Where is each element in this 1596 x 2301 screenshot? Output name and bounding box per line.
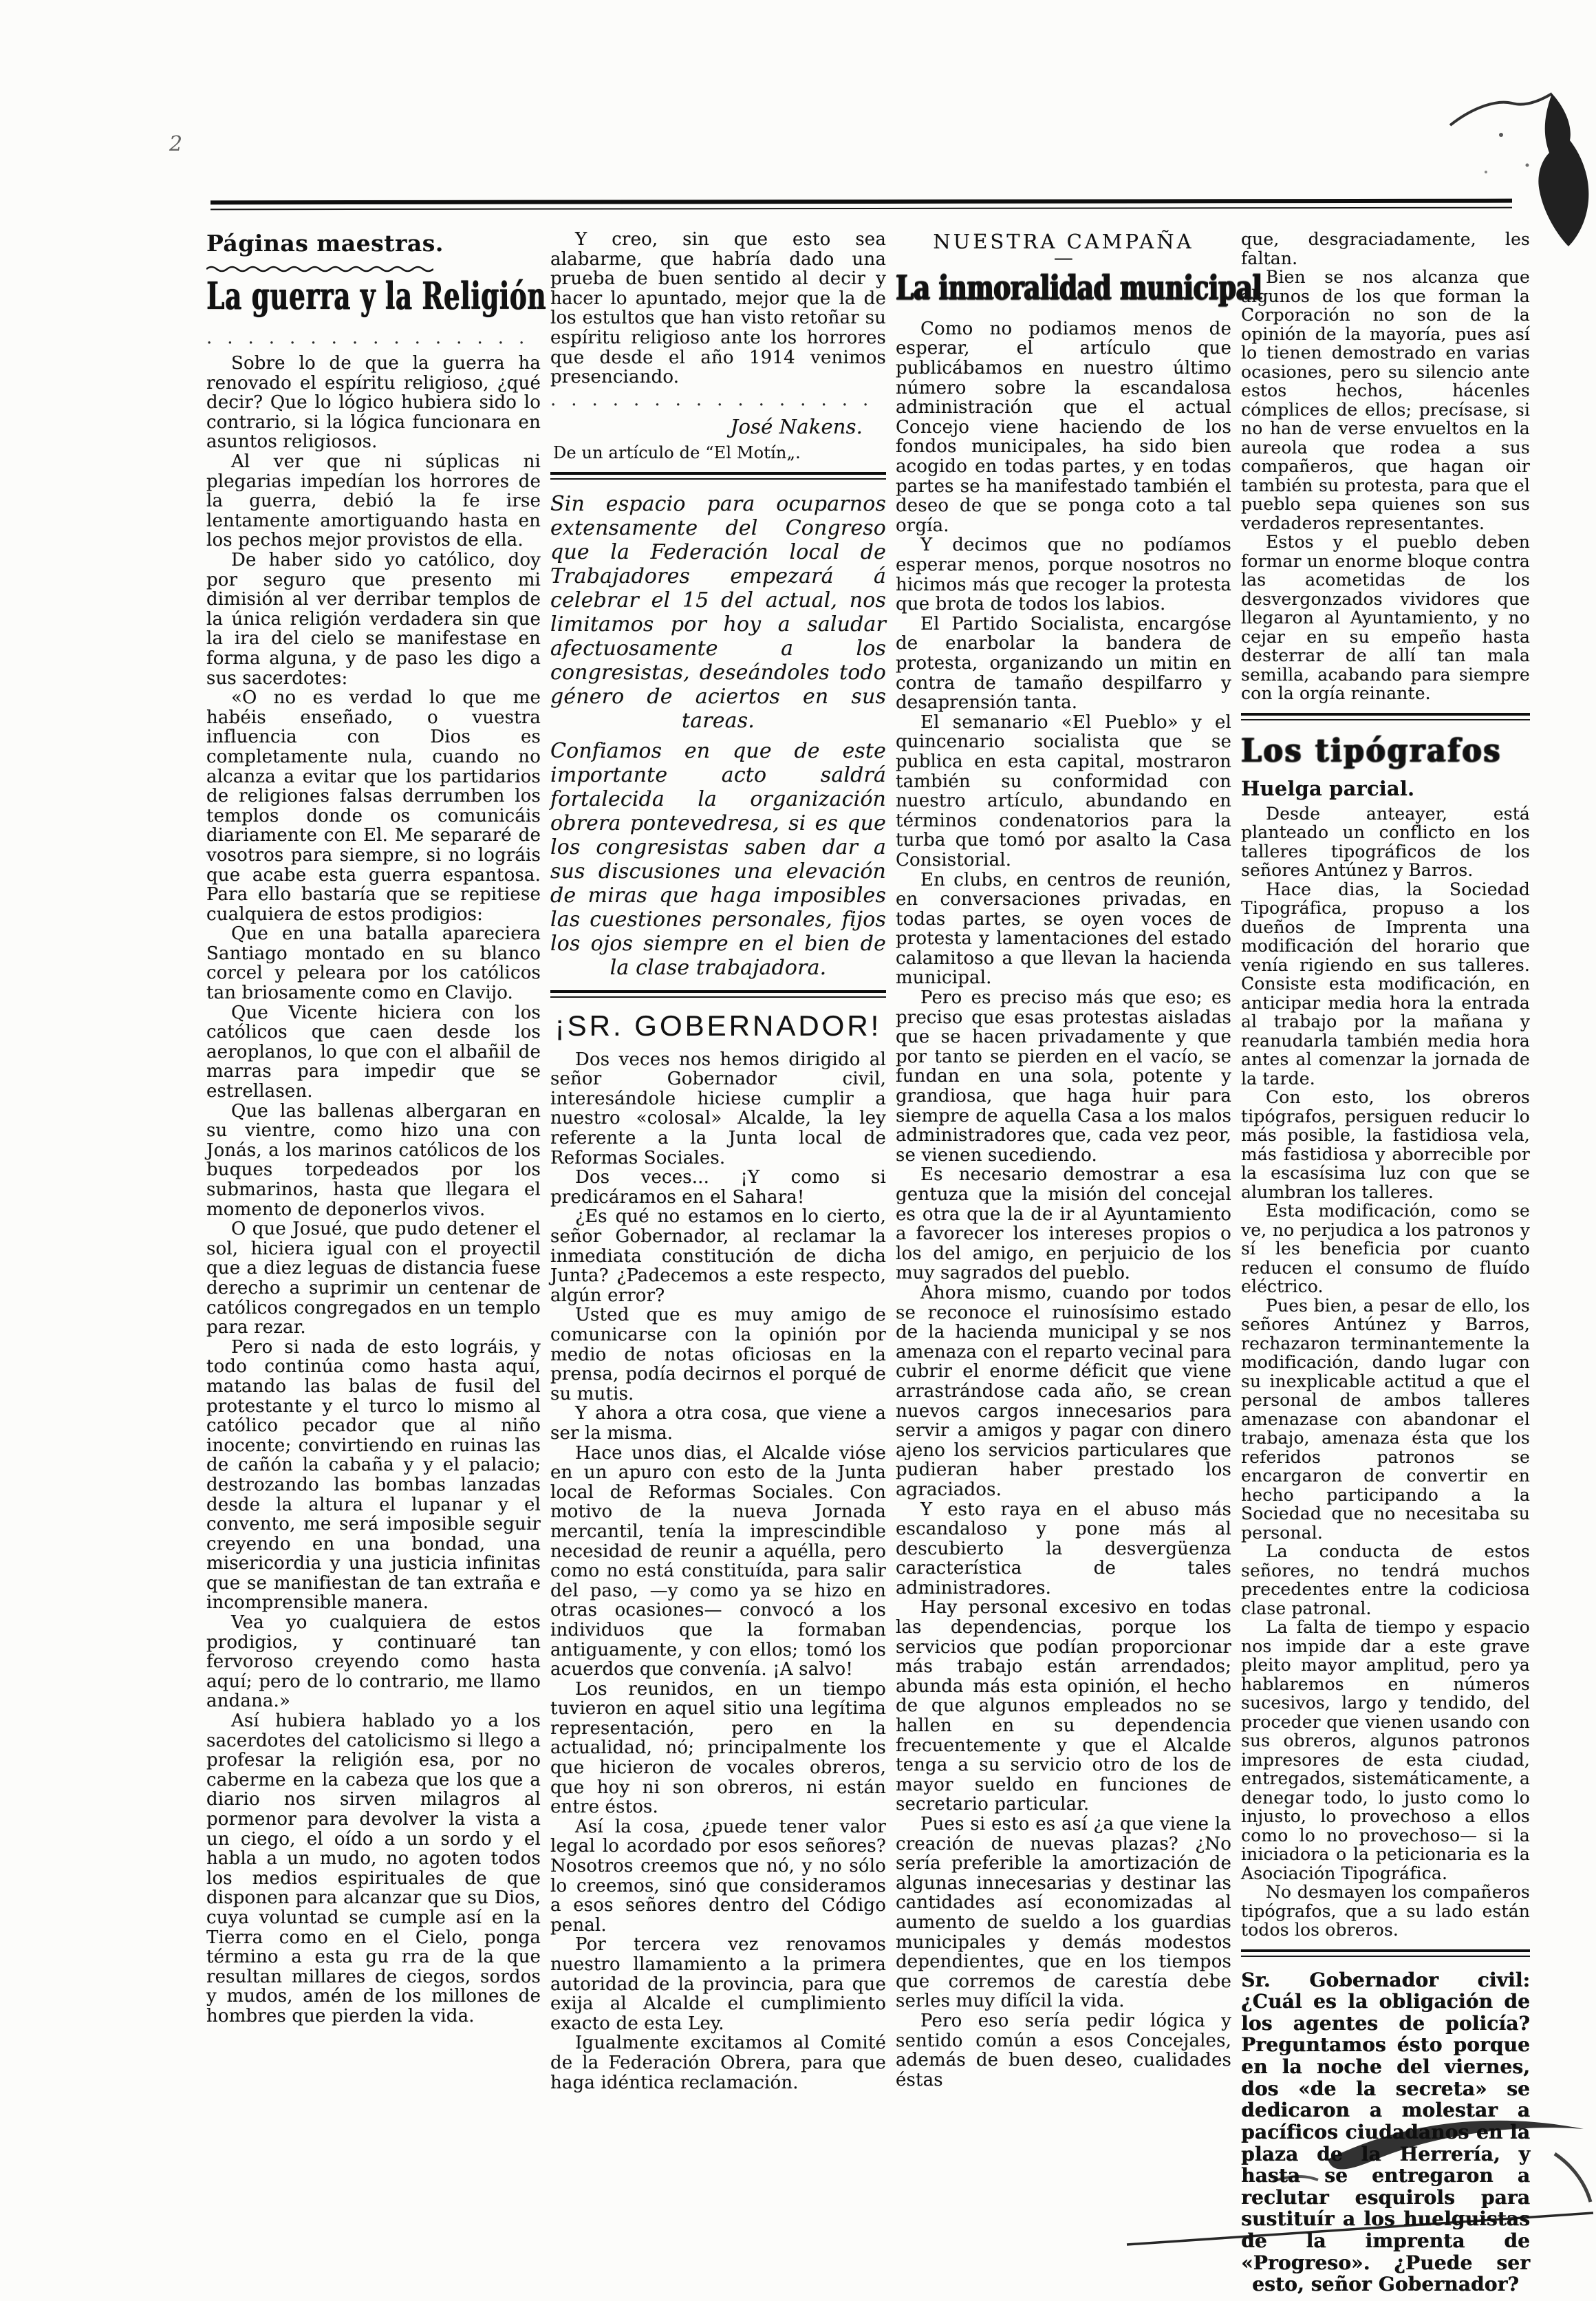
paragraph: Como no podiamos menos de esperar, el ar… — [896, 319, 1231, 536]
paragraph: Dos veces... ¡Y como si predicáramos en … — [550, 1168, 886, 1207]
paragraph: En clubs, en centros de reunión, en conv… — [896, 870, 1231, 989]
editorial-paragraph: Confiamos en que de este importante acto… — [550, 739, 886, 981]
paragraph: ¿Es qué no estamos en lo cierto, señor G… — [550, 1207, 886, 1305]
paragraph: Ahora mismo, cuando por todos se reconoc… — [896, 1283, 1231, 1500]
editorial-paragraph: Sin espacio para ocuparnos extensamente … — [550, 492, 886, 734]
paragraph: Y esto raya en el abuso más escandaloso … — [896, 1500, 1231, 1598]
paragraph: No desmayen los compañeros tipógrafos, q… — [1241, 1883, 1530, 1940]
paragraph: Con esto, los obreros tipógrafos, persig… — [1241, 1088, 1530, 1201]
paragraph: Y ahora a otra cosa, que viene a ser la … — [550, 1404, 886, 1443]
article-divider — [1241, 713, 1530, 720]
paragraph: Desde anteayer, está planteado un confli… — [1241, 804, 1530, 880]
paragraph: Pero eso sería pedir lógica y sentido co… — [896, 2011, 1231, 2090]
paragraph: Así hubiera hablado yo a los sacerdotes … — [206, 1711, 541, 2026]
article-headline: La guerra y la Religión — [206, 276, 501, 317]
article-divider — [550, 472, 886, 480]
column-4: que, desgraciadamente, les faltan.Bien s… — [1241, 230, 1530, 2295]
paragraph: El Partido Socialista, encargóse de enar… — [896, 614, 1231, 713]
paragraph: Y creo, sin que esto sea alabarme, que h… — [550, 230, 886, 387]
page-number: 2 — [169, 132, 182, 156]
wavy-underline — [206, 258, 541, 266]
article-divider — [550, 990, 886, 998]
paragraph: Pero es preciso más que eso; es preciso … — [896, 988, 1231, 1165]
paragraph: Estos y el pueblo deben formar un enorme… — [1241, 533, 1530, 703]
column-2: Y creo, sin que esto sea alabarme, que h… — [550, 230, 886, 2093]
paragraph: Pues bien, a pesar de ello, los señores … — [1241, 1296, 1530, 1543]
paragraph: Bien se nos alcanza que algunos de los q… — [1241, 268, 1530, 533]
paragraph: Que en una batalla apareciera Santiago m… — [206, 924, 541, 1003]
author-signature: José Nakens. — [550, 416, 886, 438]
article-headline: Los tipógrafos — [1241, 733, 1530, 769]
article-divider — [1241, 1949, 1530, 1957]
paragraph: Al ver que ni súplicas ni plegarias impe… — [206, 452, 541, 550]
column-3: NUESTRA CAMPAÑA—La inmoralidad municipal… — [896, 230, 1231, 2090]
paragraph: que, desgraciadamente, les faltan. — [1241, 230, 1530, 268]
paragraph: Por tercera vez renovamos nuestro llamam… — [550, 1935, 886, 2033]
dots-separator: ................ — [550, 390, 886, 410]
article-subhead: Huelga parcial. — [1241, 778, 1530, 800]
paragraph: De haber sido yo católico, doy por segur… — [206, 550, 541, 688]
paragraph: Igualmente excitamos al Comité de la Fed… — [550, 2033, 886, 2093]
paragraph: Vea yo cualquiera de estos prodigios, y … — [206, 1613, 541, 1711]
masthead-rule — [211, 199, 1512, 211]
paragraph: Que Vicente hiciera con los católicos qu… — [206, 1003, 541, 1102]
paragraph: El semanario «El Pueblo» y el quincenari… — [896, 713, 1231, 870]
kicker-dash: — — [896, 253, 1231, 263]
columns-container: Páginas maestras.La guerra y la Religión… — [206, 230, 1518, 2295]
paragraph: Usted que es muy amigo de comunicarse co… — [550, 1305, 886, 1404]
paragraph: Pero si nada de esto lográis, y todo con… — [206, 1338, 541, 1613]
newspaper-page: { "page": { "number": "2" }, "columns": … — [0, 0, 1596, 2301]
paragraph: Es necesario demostrar a esa gentuza que… — [896, 1165, 1231, 1283]
paragraph: Hace dias, la Sociedad Tipográfica, prop… — [1241, 880, 1530, 1089]
paragraph: La falta de tiempo y espacio nos impide … — [1241, 1618, 1530, 1883]
column-1: Páginas maestras.La guerra y la Religión… — [206, 230, 541, 2026]
paragraph: Y decimos que no podíamos esperar menos,… — [896, 535, 1231, 614]
article-headline: La inmoralidad municipal — [896, 270, 1205, 307]
paragraph: Hace unos dias, el Alcalde vióse en un a… — [550, 1444, 886, 1680]
paragraph: La conducta de estos señores, no tendrá … — [1241, 1542, 1530, 1618]
dots-separator: ................ — [206, 328, 541, 348]
paragraph: Que las ballenas albergaran en su vientr… — [206, 1102, 541, 1220]
paragraph: O que Josué, que pudo detener el sol, hi… — [206, 1219, 541, 1338]
paragraph: Sobre lo de que la guerra ha renovado el… — [206, 354, 541, 452]
paragraph: Esta modificación, como se ve, no perjud… — [1241, 1201, 1530, 1296]
source-credit: De un artículo de “El Motín„. — [550, 444, 886, 462]
article-headline: ¡SR. GOBERNADOR! — [550, 1010, 886, 1042]
paragraph: «O no es verdad lo que me habéis enseñad… — [206, 688, 541, 924]
paragraph: Hay personal excesivo en todas las depen… — [896, 1598, 1231, 1815]
section-label: Páginas maestras. — [206, 231, 541, 256]
paragraph: Así la cosa, ¿puede tener valor legal lo… — [550, 1817, 886, 1936]
paragraph: Pues si esto es así ¿a que viene la crea… — [896, 1815, 1231, 2011]
ink-blot-artifact — [1438, 69, 1596, 255]
paragraph: Dos veces nos hemos dirigido al señor Go… — [550, 1050, 886, 1168]
paragraph: Los reunidos, en un tiempo tuvieron en a… — [550, 1680, 886, 1817]
bold-notice: Sr. Gobernador civil: ¿Cuál es la obliga… — [1241, 1969, 1530, 2295]
